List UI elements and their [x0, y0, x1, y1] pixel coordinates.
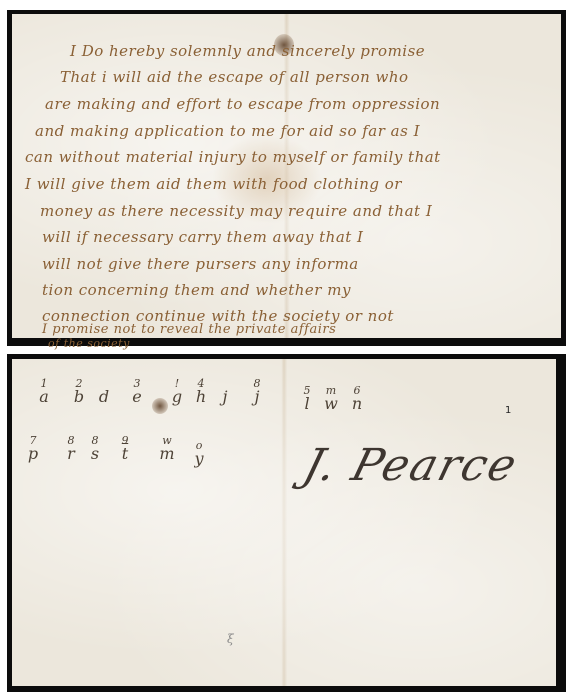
oath-line-1: I Do hereby solemnly and sincerely promi…	[70, 42, 425, 60]
page-back-paper	[12, 359, 556, 686]
cipher-pair: 1a	[35, 378, 53, 405]
cipher-pair: 7p	[24, 435, 42, 462]
cipher-pair: oy	[190, 440, 208, 467]
cipher-pair: 9t	[116, 435, 134, 462]
ink-stain	[152, 398, 168, 414]
cipher-pair: 2b	[70, 378, 88, 405]
oath-line-8: will if necessary carry them away that I	[42, 228, 364, 246]
cipher-pair: wm	[158, 435, 176, 462]
oath-line-6: I will give them aid them with food clot…	[25, 175, 402, 193]
oath-line-5: can without material injury to myself or…	[25, 148, 441, 166]
cipher-pair: 8j	[248, 378, 266, 405]
oath-line-7: money as there necessity may require and…	[40, 202, 432, 220]
cipher-pair: 8s	[86, 435, 104, 462]
oath-line-13: of the society	[48, 337, 130, 350]
stray-mark: 1	[505, 405, 511, 416]
signature: J. Pearce	[298, 440, 523, 491]
oath-line-2: That i will aid the escape of all person…	[60, 68, 409, 86]
page-back-frame	[7, 354, 566, 692]
cipher-pair: mw	[322, 385, 340, 412]
cipher-pair: 4h	[192, 378, 210, 405]
cipher-pair: j	[216, 378, 234, 405]
cipher-pair: 3e	[128, 378, 146, 405]
pencil-mark: ξ	[227, 632, 234, 646]
cipher-pair: !g	[168, 378, 186, 405]
oath-line-3: are making and effort to escape from opp…	[45, 95, 440, 113]
oath-line-9: will not give there pursers any informa	[42, 255, 359, 273]
oath-line-4: and making application to me for aid so …	[35, 122, 420, 140]
cipher-pair: 5l	[298, 385, 316, 412]
oath-line-12: I promise not to reveal the private affa…	[42, 322, 336, 337]
cipher-pair: 8r	[62, 435, 80, 462]
cipher-pair: d	[95, 378, 113, 405]
cipher-pair: 6n	[348, 385, 366, 412]
oath-line-10: tion concerning them and whether my	[42, 281, 351, 299]
